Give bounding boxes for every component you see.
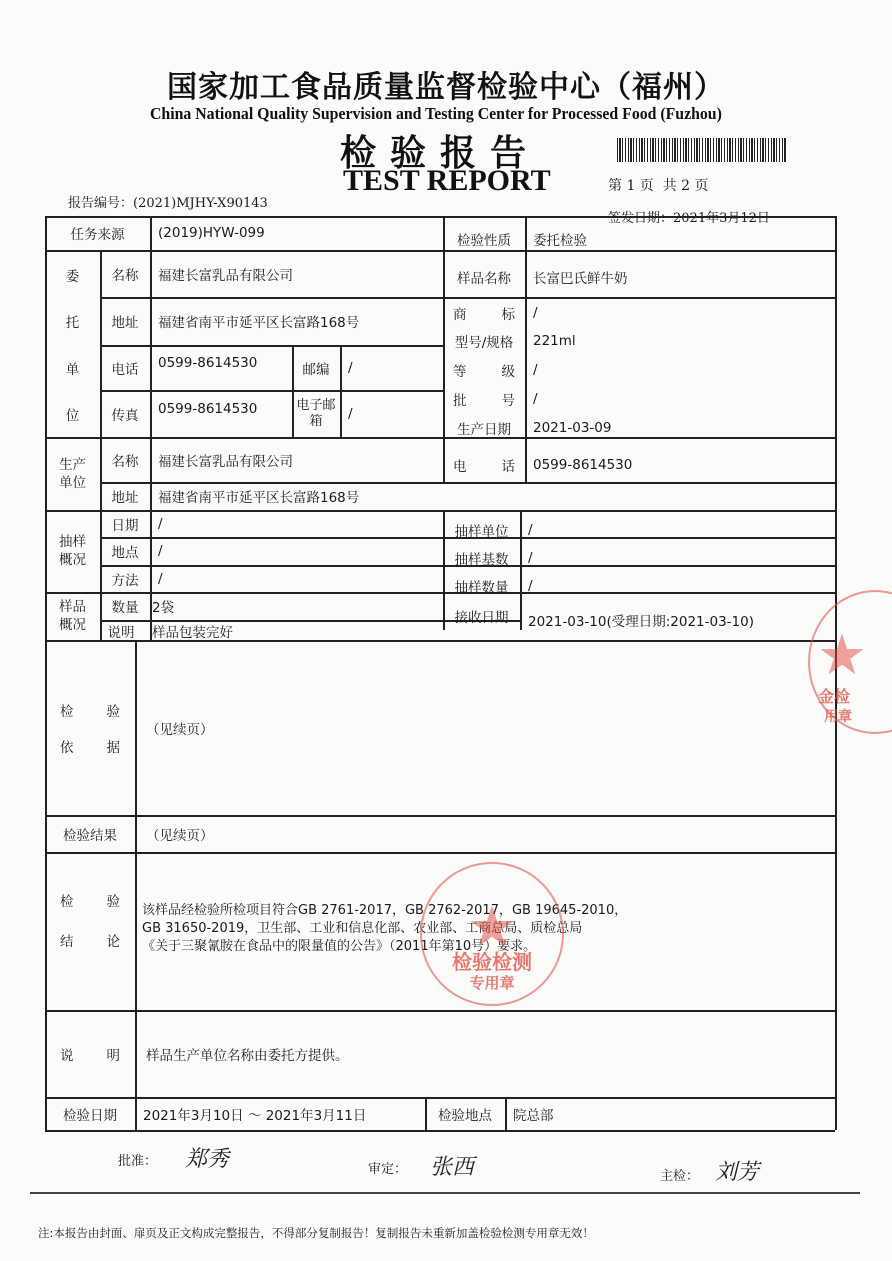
report-number-value: (2021)MJHY-X90143 xyxy=(133,196,268,211)
sample-note-value: 样品包装完好 xyxy=(146,620,442,642)
client-email-label: 电子邮箱 xyxy=(292,390,340,437)
report-title-en: TEST REPORT xyxy=(343,164,551,198)
task-source-label: 任务来源 xyxy=(45,216,150,250)
production-date-value: 2021-03-09 xyxy=(527,414,833,442)
sampling-unit-value: / xyxy=(522,516,828,543)
row-divider xyxy=(45,852,835,854)
producer-phone-label-char: 话 xyxy=(502,455,516,475)
conclusion-label: 检验 结论 xyxy=(45,870,135,970)
grade-label: 等级 xyxy=(443,357,525,383)
client-address-value: 福建省南平市延平区长富路168号 xyxy=(152,297,448,345)
producer-phone-value: 0599-8614530 xyxy=(527,442,833,487)
client-fax-value: 0599-8614530 xyxy=(152,390,298,427)
sampling-method-value: / xyxy=(152,565,448,592)
brand-label: 商标 xyxy=(443,300,525,326)
approve-signature: 郑秀 xyxy=(185,1142,229,1173)
brand-value: / xyxy=(527,300,833,326)
result-value: （见续页） xyxy=(140,815,826,852)
stamp-text-line1: 检验检测 xyxy=(422,946,562,975)
page-info: 第 1 页 共 2 页 xyxy=(608,175,709,195)
review-signature: 张西 xyxy=(430,1150,474,1181)
client-phone-value: 0599-8614530 xyxy=(152,345,298,380)
center-title-en: China National Quality Supervision and T… xyxy=(150,104,722,124)
client-name-label: 名称 xyxy=(100,250,150,297)
sampling-date-label: 日期 xyxy=(100,510,150,537)
star-icon: ★ xyxy=(817,623,867,688)
center-title-cn: 国家加工食品质量监督检验中心（福州） xyxy=(0,62,892,106)
report-number-label: 报告编号： xyxy=(68,196,133,211)
stamp-text-line2: 专用章 xyxy=(422,972,562,993)
inspection-type-value: 委托检验 xyxy=(527,222,833,256)
producer-name-label: 名称 xyxy=(100,437,150,482)
batch-label: 批号 xyxy=(443,386,525,412)
sampling-unit-label: 抽样单位 xyxy=(443,516,520,543)
table-border xyxy=(45,1130,835,1132)
sample-note-label: 说明 xyxy=(96,620,146,642)
production-date-label: 生产日期 xyxy=(443,414,525,442)
task-source-value: (2019)HYW-099 xyxy=(152,216,448,250)
basis-label-line2: 依据 xyxy=(60,736,120,756)
result-label: 检验结果 xyxy=(45,815,135,852)
producer-phone-label: 电话 xyxy=(443,442,525,487)
sampling-place-value: / xyxy=(152,537,448,565)
edge-stamp-text-line2: 用章 xyxy=(810,706,892,726)
sample-name-label: 样品名称 xyxy=(443,256,525,297)
test-date-label: 检验日期 xyxy=(45,1097,135,1130)
official-stamp: ★ 检验检测 专用章 xyxy=(420,862,564,1006)
client-postcode-label: 邮编 xyxy=(292,345,340,390)
producer-phone-label-char: 电 xyxy=(453,455,467,475)
sample-name-value: 长富巴氏鲜牛奶 xyxy=(527,256,833,297)
col-divider xyxy=(135,640,137,1130)
brand-label-char: 商 xyxy=(453,303,467,323)
spec-label: 型号/规格 xyxy=(443,328,525,354)
client-email-value: / xyxy=(342,390,448,437)
receive-date-label: 接收日期 xyxy=(443,602,520,630)
client-group-char: 委 xyxy=(66,265,80,285)
review-label: 审定： xyxy=(368,1158,407,1177)
client-group-char: 单 xyxy=(66,358,80,378)
grade-label-char: 等 xyxy=(453,360,467,380)
conclusion-label-line2: 结论 xyxy=(60,930,120,950)
conclusion-label-line1: 检验 xyxy=(60,890,120,910)
test-date-value: 2021年3月10日 ～ 2021年3月11日 xyxy=(137,1097,431,1130)
sampling-base-value: / xyxy=(522,544,828,571)
client-name-value: 福建长富乳品有限公司 xyxy=(152,250,448,297)
producer-group-label: 生产单位 xyxy=(45,437,100,510)
test-place-value: 院总部 xyxy=(507,1097,813,1130)
sampling-qty-value: / xyxy=(522,572,828,599)
report-number: 报告编号：(2021)MJHY-X90143 xyxy=(68,192,268,211)
batch-label-char: 批 xyxy=(453,389,467,409)
remark-label-chars: 说明 xyxy=(60,1044,120,1064)
footer-divider xyxy=(30,1192,860,1194)
client-address-label: 地址 xyxy=(100,297,150,345)
client-group-char: 托 xyxy=(66,311,80,331)
spec-value: 221ml xyxy=(527,328,833,354)
producer-name-value: 福建长富乳品有限公司 xyxy=(152,437,448,482)
client-group-label: 委托单位 xyxy=(45,252,100,437)
batch-label-char: 号 xyxy=(502,389,516,409)
chief-label: 主检： xyxy=(660,1165,699,1184)
sampling-group-label: 抽样概况 xyxy=(45,510,100,592)
sampling-method-label: 方法 xyxy=(100,565,150,592)
inspection-type-label: 检验性质 xyxy=(443,222,525,256)
client-group-char: 位 xyxy=(66,404,80,424)
sample-overview-group-label: 样品概况 xyxy=(45,592,100,640)
client-phone-label: 电话 xyxy=(100,345,150,390)
remark-value: 样品生产单位名称由委托方提供。 xyxy=(140,1010,826,1097)
basis-label-line1: 检验 xyxy=(60,700,120,720)
brand-label-char: 标 xyxy=(502,303,516,323)
footer-note: 注:本报告由封面、扉页及正文构成完整报告，不得部分复制报告！复制报告未重新加盖检… xyxy=(38,1225,594,1241)
sampling-qty-label: 抽样数量 xyxy=(443,572,520,599)
sampling-date-value: / xyxy=(152,510,448,537)
approve-label: 批准： xyxy=(118,1150,157,1169)
sample-qty-value: 2袋 xyxy=(146,592,442,620)
producer-address-value: 福建省南平市延平区长富路168号 xyxy=(152,482,838,510)
client-postcode-value: / xyxy=(342,345,448,390)
grade-value: / xyxy=(527,357,833,383)
sample-qty-label: 数量 xyxy=(100,592,150,620)
grade-label-char: 级 xyxy=(502,360,516,380)
test-place-label: 检验地点 xyxy=(425,1097,505,1130)
client-fax-label: 传真 xyxy=(100,390,150,437)
basis-value: （见续页） xyxy=(140,640,826,815)
chief-signature: 刘芳 xyxy=(715,1155,759,1186)
batch-value: / xyxy=(527,386,833,412)
sampling-place-label: 地点 xyxy=(100,537,150,565)
edge-stamp-text-line1: 金检 xyxy=(810,684,892,707)
barcode xyxy=(617,138,787,162)
sampling-base-label: 抽样基数 xyxy=(443,544,520,571)
remark-label: 说明 xyxy=(45,1010,135,1097)
basis-label: 检验 依据 xyxy=(45,640,135,815)
receive-date-value: 2021-03-10(受理日期:2021-03-10) xyxy=(522,606,838,634)
producer-address-label: 地址 xyxy=(100,482,150,510)
